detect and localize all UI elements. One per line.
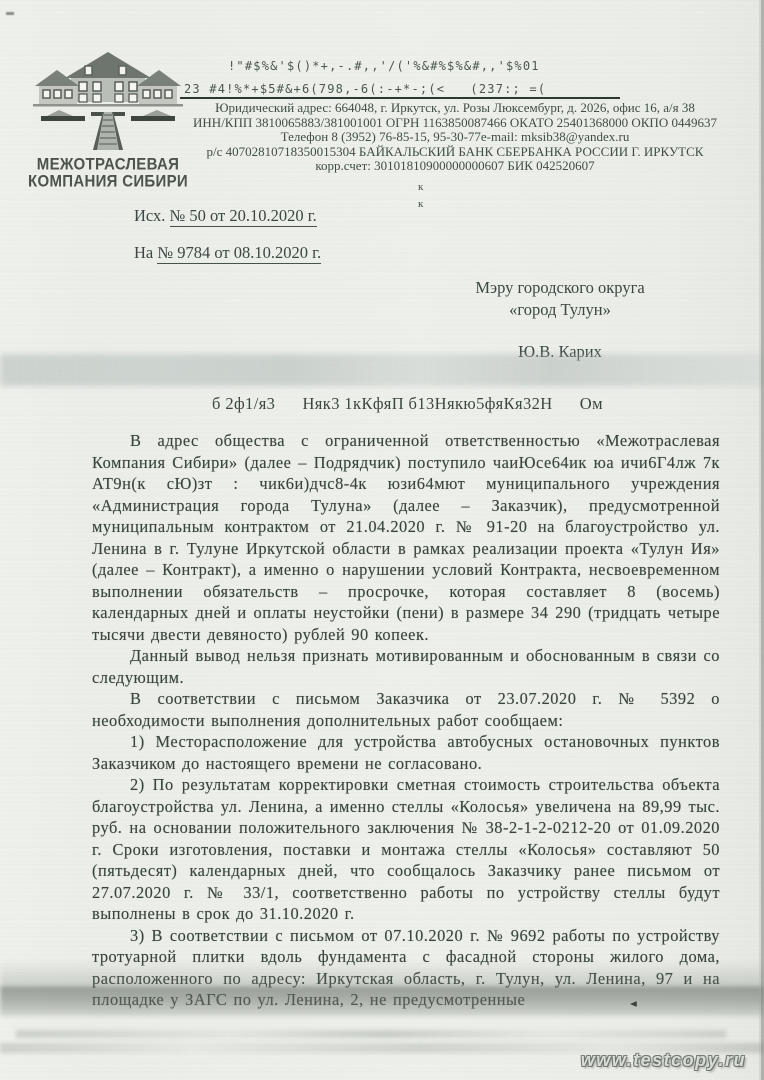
letterhead-rule bbox=[180, 97, 620, 99]
addressee-city: «город Тулун» bbox=[446, 299, 674, 321]
testcopy-watermark: www.testcopy.ru bbox=[581, 1050, 746, 1071]
outgoing-ref-number: № 50 от 20.10.2020 г. bbox=[170, 206, 317, 227]
addressee-block: Мэру городского округа «город Тулун» Ю.В… bbox=[446, 277, 674, 363]
letterhead-block: !"#$%&'$()*+,-.#,,'/('%&#%$%&#,,'$%01 23… bbox=[180, 60, 730, 174]
outgoing-ref: Исх. № 50 от 20.10.2020 г. bbox=[134, 206, 321, 226]
smudge-artifact-1 bbox=[16, 1030, 726, 1038]
letter-body: В адрес общества с ограниченной ответств… bbox=[92, 430, 720, 1011]
body-paragraph-5: 2) По результатам корректировки сметная … bbox=[92, 774, 720, 925]
letterhead-garbled-line1: !"#$%&'$()*+,-.#,,'/('%&#%$%&#,,'$%01 bbox=[180, 60, 730, 74]
reference-numbers: Исх. № 50 от 20.10.2020 г. На № 9784 от … bbox=[134, 206, 321, 263]
incoming-ref: На № 9784 от 08.10.2020 г. bbox=[134, 243, 321, 263]
stray-mark-1: к bbox=[418, 181, 423, 193]
body-paragraph-1: В адрес общества с ограниченной ответств… bbox=[92, 430, 720, 645]
letterhead-garbled-line2: 23 #4!%*+$5#&+6(798,-6(:-+*-;(< (237:; =… bbox=[180, 83, 730, 97]
scan-band-artifact bbox=[0, 354, 764, 386]
scanned-letter-page: МЕЖОТРАСЛЕВАЯ КОМПАНИЯ СИБИРИ !"#$%&'$()… bbox=[0, 0, 764, 1080]
company-codes: ИНН/КПП 3810065883/381001001 ОГРН 116385… bbox=[180, 116, 730, 130]
outgoing-ref-prefix: Исх. bbox=[134, 206, 170, 225]
houses-road-logo-icon bbox=[33, 46, 183, 150]
legal-address: Юридический адрес: 664048, г. Иркутск, у… bbox=[180, 101, 730, 115]
company-logo: МЕЖОТРАСЛЕВАЯ КОМПАНИЯ СИБИРИ bbox=[28, 46, 188, 189]
scan-right-edge-inner bbox=[759, 0, 761, 1080]
edge-speck-top-left bbox=[6, 12, 14, 15]
incoming-ref-number: № 9784 от 08.10.2020 г. bbox=[157, 243, 321, 264]
bottom-shadow-band-artifact bbox=[0, 986, 764, 1016]
body-paragraph-2: Данный вывод нельзя признать мотивирован… bbox=[92, 645, 720, 688]
corr-account: корр.счет: 30101810900000000607 БИК 0425… bbox=[180, 159, 730, 173]
phone-email: Телефон 8 (3952) 76-85-15, 95-30-77e-mai… bbox=[180, 130, 730, 144]
company-name-line2: КОМПАНИЯ СИБИРИ bbox=[28, 172, 188, 191]
incoming-ref-prefix: На bbox=[134, 243, 157, 262]
body-paragraph-4: 1) Месторасположение для устройства авто… bbox=[92, 731, 720, 774]
bank-account: р/с 40702810718350015304 БАЙКАЛЬСКИЙ БАН… bbox=[180, 145, 730, 159]
subject-garbled-line: б 2ф1/я3 Няк3 1кКфяП б13Някю5фяКя32Н Ом bbox=[212, 394, 603, 414]
stray-mark-2: к bbox=[418, 198, 423, 210]
bottom-fade-artifact bbox=[0, 960, 764, 986]
addressee-title: Мэру городского округа bbox=[446, 277, 674, 299]
body-paragraph-3: В соответствии с письмом Заказчика от 23… bbox=[92, 688, 720, 731]
